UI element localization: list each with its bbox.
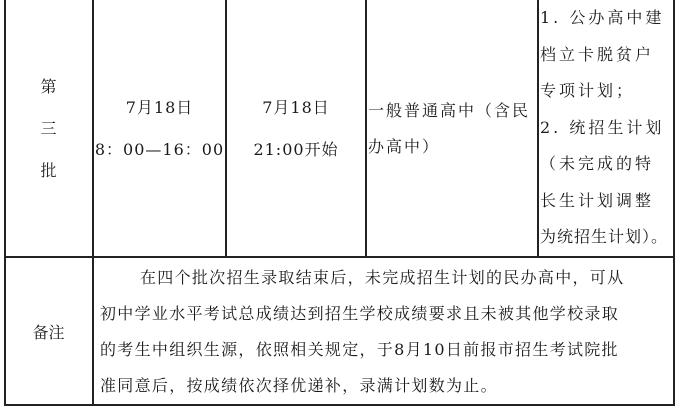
plan-line: （未完成的特 xyxy=(540,146,674,183)
plan-line: 专项计划； xyxy=(540,73,674,110)
plan-line: 2. 统招生计划 xyxy=(540,110,674,147)
enrollment-plan-cell: 1. 公办高中建 档立卡脱贫户 专项计划； 2. 统招生计划 （未完成的特 长生… xyxy=(540,0,674,257)
batch-label-char: 三 xyxy=(40,108,56,150)
note-text: 在四个批次招生录取结束后，未完成招生计划的民办高中，可从 初中学业水平考试总成绩… xyxy=(100,260,672,404)
plan-line: 1. 公办高中建 xyxy=(540,0,674,37)
admission-time-cell: 7月18日 21:00开始 xyxy=(227,0,365,257)
table-border-bottom xyxy=(4,404,675,406)
admission-schedule-table: 第 三 批 7月18日 8：00—16：00 7月18日 21:00开始 一般普… xyxy=(0,0,681,413)
note-line: 的考生中组织生源，依照相关规定，于8月10日前报市招生考试院批 xyxy=(100,332,672,368)
note-line: 初中学业水平考试总成绩达到招生学校成绩要求且未被其他学校录取 xyxy=(100,296,672,332)
fill-time-range: 8：00—16：00 xyxy=(95,129,224,171)
note-line: 在四个批次招生录取结束后，未完成招生计划的民办高中，可从 xyxy=(100,260,672,296)
plan-line: 档立卡脱贫户 xyxy=(540,37,674,74)
batch-label-cell: 第 三 批 xyxy=(5,0,92,257)
admission-start-time: 21:00开始 xyxy=(253,129,338,171)
school-type-cell: 一般普通高中（含民 办高中） xyxy=(368,0,536,257)
note-line: 准同意后，按成绩依次择优递补，录满计划数为止。 xyxy=(100,368,672,404)
column-divider-3 xyxy=(365,0,367,257)
column-divider-4 xyxy=(537,0,539,257)
plan-line: 为统招生计划）。 xyxy=(540,219,674,256)
admission-date: 7月18日 xyxy=(262,87,330,129)
note-label: 备注 xyxy=(5,257,92,405)
batch-label-char: 批 xyxy=(40,150,56,192)
batch-label-char: 第 xyxy=(40,66,56,108)
plan-line: 长生计划调整 xyxy=(540,183,674,220)
school-type-line: 一般普通高中（含民 xyxy=(368,93,536,129)
fill-time-cell: 7月18日 8：00—16：00 xyxy=(94,0,225,257)
school-type-line: 办高中） xyxy=(368,129,536,165)
fill-date: 7月18日 xyxy=(126,87,194,129)
